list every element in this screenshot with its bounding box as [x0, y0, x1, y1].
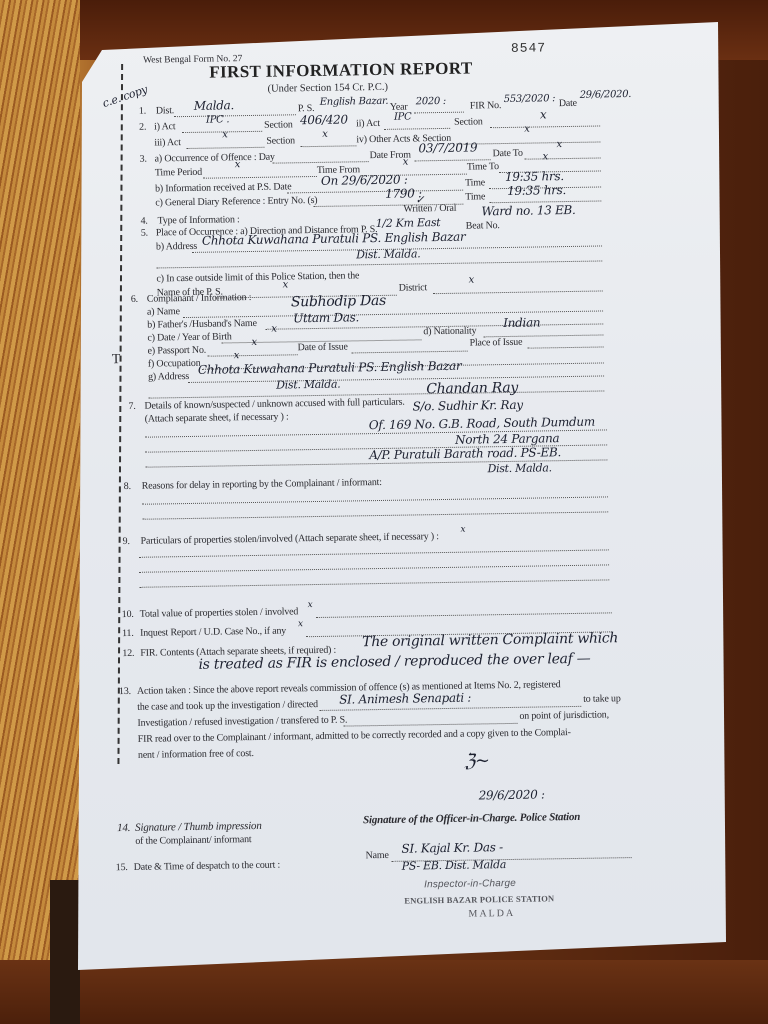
- dist-value[interactable]: Malda.: [194, 98, 234, 113]
- dist-label: Dist.: [156, 105, 174, 116]
- father-name-value[interactable]: Uttam Das.: [293, 310, 359, 325]
- nationality-label: d) Nationality: [423, 325, 476, 337]
- info-received-value[interactable]: On 29/6/2020 :: [321, 173, 408, 188]
- dob-value[interactable]: x: [271, 324, 277, 335]
- info-time-label: Time: [465, 177, 485, 188]
- item-number: 15.: [116, 862, 128, 873]
- time-period-value[interactable]: x: [235, 159, 241, 170]
- info-received-label: b) Information received at P.S. Date: [155, 181, 292, 194]
- occupation-value[interactable]: x: [234, 350, 240, 361]
- properties-label: Particulars of properties stolen/involve…: [141, 531, 439, 547]
- item-number: 11.: [122, 628, 134, 639]
- item-number: 3.: [140, 154, 147, 165]
- delay-reason-label: Reasons for delay in reporting by the Co…: [142, 477, 382, 492]
- info-type-label: Type of Information :: [158, 214, 240, 226]
- complainant-address-value[interactable]: Chhota Kuwahana Puratuli PS. English Baz…: [198, 359, 462, 377]
- item-number: 13.: [119, 686, 131, 697]
- beat-value[interactable]: Ward no. 13 EB.: [481, 203, 575, 218]
- item-number: 8.: [124, 481, 131, 492]
- action-taken-line5: nent / information free of cost.: [138, 748, 254, 761]
- date-label: Date: [559, 98, 577, 109]
- fir-contents-value[interactable]: The original written Complaint which: [362, 630, 618, 650]
- info-time-value[interactable]: 19:35 hrs.: [505, 169, 564, 184]
- item-number: 2.: [139, 122, 146, 133]
- investigating-officer-value[interactable]: SI. Animesh Senapati :: [339, 691, 471, 707]
- fir-no-label: FIR No.: [470, 100, 502, 111]
- page-title: FIRST INFORMATION REPORT: [209, 58, 473, 82]
- complainant-name-value[interactable]: Subhodip Das: [291, 293, 386, 310]
- fir-no-value[interactable]: 553/2020 :: [504, 93, 556, 105]
- fir-document: c.e. copy West Bengal Form No. 27 8547 F…: [0, 0, 768, 1024]
- date-to-value[interactable]: x: [556, 139, 562, 150]
- ps-name-value[interactable]: x: [283, 279, 289, 290]
- date-from-value[interactable]: 03/7/2019: [418, 140, 477, 155]
- district-label: District: [399, 282, 428, 293]
- accused-label-2: (Attach separate sheet, if necessary ) :: [145, 411, 289, 424]
- nationality-value[interactable]: Indian: [503, 315, 540, 330]
- item-number: 5.: [141, 228, 148, 239]
- item-number: 10.: [122, 609, 134, 620]
- serial-number: 8547: [511, 40, 546, 56]
- place-address-value[interactable]: Chhota Kuwahana Puratuli PS. English Baz…: [202, 230, 466, 248]
- father-name-label: b) Father's /Husband's Name: [147, 318, 257, 331]
- properties-value[interactable]: x: [460, 525, 465, 535]
- direction-value[interactable]: 1/2 Km East: [376, 216, 441, 230]
- page-subtitle: (Under Section 154 Cr. P.C.): [267, 82, 388, 95]
- officer-name-value[interactable]: SI. Kajal Kr. Das -: [401, 840, 503, 856]
- outside-limit-label: c) In case outside limit of this Police …: [156, 270, 359, 284]
- dob-label: c) Date / Year of Birth: [147, 331, 231, 343]
- action-taken-line3: Investigation / refused investigation / …: [137, 715, 347, 729]
- occurrence-label: a) Occurrence of Offence : Day: [155, 152, 275, 165]
- accused-line[interactable]: Chandan Ray: [426, 380, 518, 397]
- item-number: 1.: [139, 106, 146, 117]
- item-number: 6.: [131, 294, 138, 305]
- item-number: 12.: [122, 648, 134, 659]
- complainant-signature-label-2: of the Complainant/ informant: [135, 834, 251, 847]
- act3-value[interactable]: x: [222, 129, 228, 140]
- act1-label: i) Act: [154, 121, 175, 132]
- officer-name-value-2[interactable]: PS- EB. Dist. Malda: [402, 858, 506, 873]
- ps-value[interactable]: English Bazar.: [320, 96, 389, 108]
- section3-value[interactable]: x: [322, 129, 328, 140]
- complainant-address-value-2[interactable]: Dist. Malda.: [276, 378, 340, 392]
- act2-value[interactable]: IPC: [394, 111, 412, 122]
- despatch-label: Date & Time of despatch to the court :: [134, 860, 280, 873]
- section1-label: Section: [264, 119, 293, 130]
- issue-date-label: Date of Issue: [298, 341, 348, 353]
- accused-line[interactable]: S/o. Sudhir Kr. Ray: [412, 398, 522, 414]
- inquest-value[interactable]: x: [298, 619, 303, 629]
- complainant-signature-label: Signature / Thumb impression: [135, 820, 262, 834]
- officer-signature-label: Signature of the Officer-in-Charge. Poli…: [363, 811, 580, 826]
- officer-name-label: Name: [366, 850, 389, 861]
- gd-reference-label: c) General Diary Reference : Entry No. (…: [155, 195, 317, 209]
- time-from-value[interactable]: x: [403, 157, 409, 168]
- date-value[interactable]: 29/6/2020.: [580, 89, 632, 101]
- officer-sign-date: 29/6/2020 :: [479, 787, 545, 802]
- time-period-label: Time Period: [155, 167, 202, 179]
- name-label: a) Name: [147, 306, 180, 318]
- act3-label: iii) Act: [154, 137, 181, 148]
- stamp-line: Inspector-in-Charge: [424, 878, 516, 890]
- time-to-label: Time To: [467, 161, 499, 173]
- action-taken-line2: the case and took up the investigation /…: [137, 699, 318, 713]
- accused-label: Details of known/suspected / unknown acc…: [144, 397, 404, 412]
- action-taken-line4: FIR read over to the Complainant / infor…: [138, 727, 571, 745]
- section2-label: Section: [454, 116, 483, 127]
- district-value[interactable]: x: [468, 274, 474, 285]
- time-to-value[interactable]: x: [543, 151, 549, 162]
- passport-label: e) Passport No.: [148, 345, 207, 357]
- beat-label: Beat No.: [466, 220, 500, 232]
- issue-place-label: Place of Issue: [469, 337, 522, 349]
- section1-value[interactable]: 406/420: [300, 112, 348, 127]
- complainant-heading: Complanant / Information :: [147, 292, 252, 305]
- accused-line[interactable]: Dist. Malda.: [487, 461, 551, 475]
- other-acts-value[interactable]: x: [524, 124, 530, 135]
- checkmark-icon: ✓: [415, 193, 424, 206]
- section2-value[interactable]: x: [540, 107, 547, 121]
- inquest-label: Inquest Report / U.D. Case No., if any: [140, 625, 286, 638]
- item-number: 9.: [123, 536, 130, 547]
- item-number: 4.: [141, 216, 148, 227]
- action-taken-line2b: to take up: [583, 693, 621, 705]
- total-value-value[interactable]: x: [308, 600, 313, 610]
- year-value[interactable]: 2020 :: [416, 96, 446, 107]
- total-value-label: Total value of properties stolen / invol…: [140, 606, 299, 619]
- act1-value[interactable]: IPC .: [206, 114, 229, 125]
- gd-time-value[interactable]: 19:35 hrs.: [507, 183, 566, 198]
- info-type-options[interactable]: Written / Oral: [403, 203, 456, 215]
- address-label: b) Address: [156, 241, 197, 253]
- complainant-address-label: g) Address: [148, 371, 189, 383]
- item-number: 7.: [128, 401, 135, 412]
- gd-time-label: Time: [465, 191, 485, 202]
- passport-value[interactable]: x: [251, 337, 257, 348]
- occupation-label: f) Occupation: [148, 358, 201, 370]
- act2-label: ii) Act: [356, 118, 380, 129]
- officer-signature: ℨ~: [464, 750, 490, 771]
- section3-label: Section: [266, 135, 295, 146]
- stamp-line: ENGLISH BAZAR POLICE STATION: [404, 893, 554, 905]
- action-taken-line3b: on point of jurisdiction,: [519, 709, 609, 721]
- stamp-line: MALDA: [468, 908, 515, 920]
- place-address-value-2[interactable]: Dist. Malda.: [356, 247, 420, 261]
- item-number: 14.: [117, 822, 130, 834]
- margin-mark: T: [112, 352, 121, 368]
- date-to-label: Date To: [492, 148, 522, 159]
